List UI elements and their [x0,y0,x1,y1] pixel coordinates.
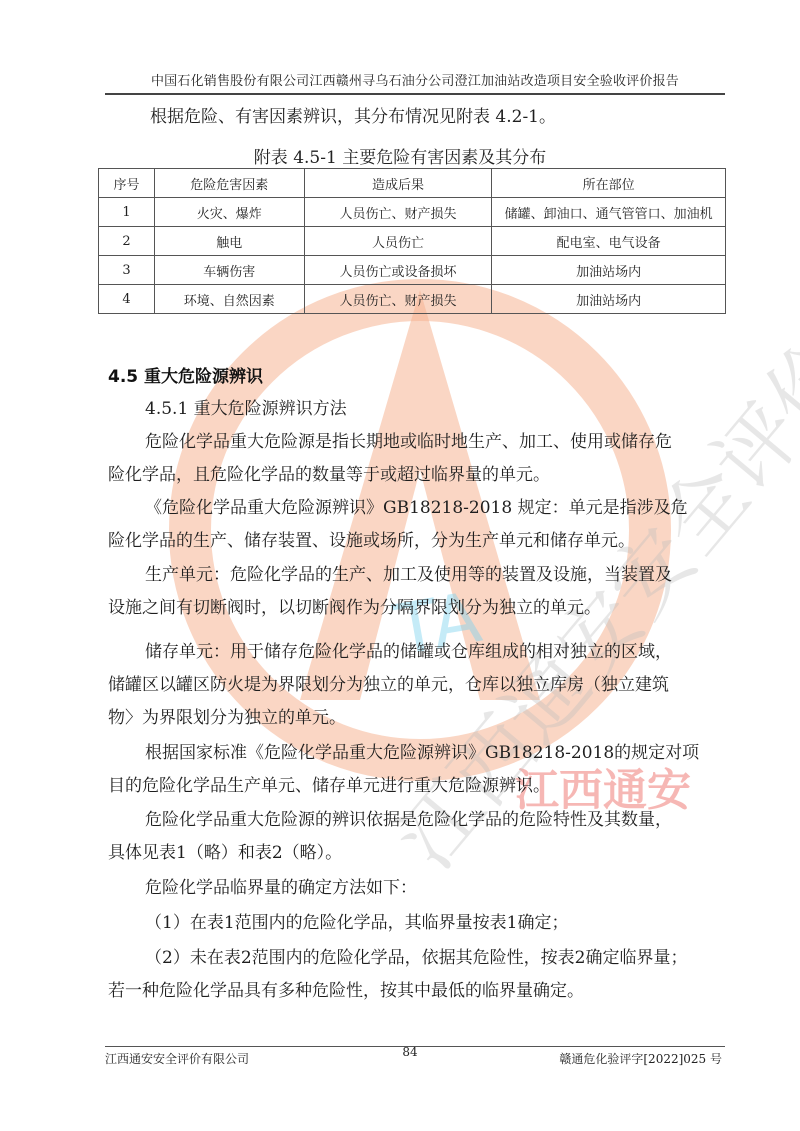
body-line: 根据国家标准《危险化学品重大危险源辨识》GB18218-2018的规定对项 [145,743,699,763]
body-line: 若一种危险化学品具有多种危险性，按其中最低的临界量确定。 [108,981,584,1001]
column-header: 危险危害因素 [154,169,304,198]
table-caption: 附表 4.5-1 主要危险有害因素及其分布 [0,143,800,168]
table-cell: 加油站场内 [492,285,726,314]
table-cell: 人员伤亡 [304,227,492,256]
subsection-heading: 4.5.1 重大危险源辨识方法 [145,399,347,419]
table-cell: 火灾、爆炸 [154,198,304,227]
intro-paragraph: 根据危险、有害因素辨识，其分布情况见附表 4.2-1。 [150,107,556,127]
body-line: 危险化学品重大危险源的辨识依据是危险化学品的危险特性及其数量， [145,810,672,830]
hazard-distribution-table: 序号 危险危害因素 造成后果 所在部位 1 火灾、爆炸 人员伤亡、财产损失 储罐… [98,168,726,314]
header-divider [105,93,725,95]
table-cell: 触电 [154,227,304,256]
body-line: （1）在表1范围内的危险化学品，其临界量按表1确定； [145,913,568,933]
table-cell: 人员伤亡、财产损失 [304,198,492,227]
table-header-row: 序号 危险危害因素 造成后果 所在部位 [99,169,726,198]
section-heading: 4.5 重大危险源辨识 [108,362,263,387]
document-page: TA 江西通安 江西通安安全评价有限公司 中国石化销售股份有限公司江西赣州寻乌石… [0,0,800,1131]
table-cell: 环境、自然因素 [154,285,304,314]
table-cell: 加油站场内 [492,256,726,285]
table-cell: 2 [99,227,155,256]
column-header: 造成后果 [304,169,492,198]
table-cell: 3 [99,256,155,285]
table-row: 3 车辆伤害 人员伤亡或设备损坏 加油站场内 [99,256,726,285]
column-header: 序号 [99,169,155,198]
body-line: 物〉为界限划分为独立的单元。 [108,708,346,728]
body-line: 储罐区以罐区防火堤为界限划分为独立的单元，仓库以独立库房（独立建筑 [108,675,669,695]
body-line: 《危险化学品重大危险源辨识》GB18218-2018 规定：单元是指涉及危 [145,498,688,518]
table-cell: 人员伤亡或设备损坏 [304,256,492,285]
column-header: 所在部位 [492,169,726,198]
table-cell: 1 [99,198,155,227]
table-row: 2 触电 人员伤亡 配电室、电气设备 [99,227,726,256]
table-cell: 配电室、电气设备 [492,227,726,256]
body-line: 储存单元：用于储存危险化学品的储罐或仓库组成的相对独立的区域， [145,642,672,662]
body-line: 危险化学品重大危险源是指长期地或临时地生产、加工、使用或储存危 [145,432,672,452]
body-line: 险化学品，且危险化学品的数量等于或超过临界量的单元。 [108,465,550,485]
body-line: 具体见表1（略）和表2（略）。 [108,843,342,863]
page-number: 84 [380,1045,440,1059]
running-header: 中国石化销售股份有限公司江西赣州寻乌石油分公司澄江加油站改造项目安全验收评价报告 [105,70,725,89]
body-line: 生产单元：危险化学品的生产、加工及使用等的装置及设施，当装置及 [145,565,672,585]
body-line: 危险化学品临界量的确定方法如下： [145,878,417,898]
table-cell: 人员伤亡、财产损失 [304,285,492,314]
body-line: 目的危险化学品生产单元、储存单元进行重大危险源辨识。 [108,776,550,796]
body-line: （2）未在表2范围内的危险化学品，依据其危险性，按表2确定临界量； [145,948,687,968]
table-row: 4 环境、自然因素 人员伤亡、财产损失 加油站场内 [99,285,726,314]
table-row: 1 火灾、爆炸 人员伤亡、财产损失 储罐、卸油口、通气管管口、加油机 [99,198,726,227]
body-line: 险化学品的生产、储存装置、设施或场所，分为生产单元和储存单元。 [108,531,635,551]
body-line: 设施之间有切断阀时，以切断阀作为分隔界限划分为独立的单元。 [108,598,601,618]
table-cell: 车辆伤害 [154,256,304,285]
footer-document-number: 赣通危化验评字[2022]025 号 [559,1050,722,1067]
table-cell: 储罐、卸油口、通气管管口、加油机 [492,198,726,227]
footer-company: 江西通安安全评价有限公司 [105,1050,249,1067]
table-cell: 4 [99,285,155,314]
